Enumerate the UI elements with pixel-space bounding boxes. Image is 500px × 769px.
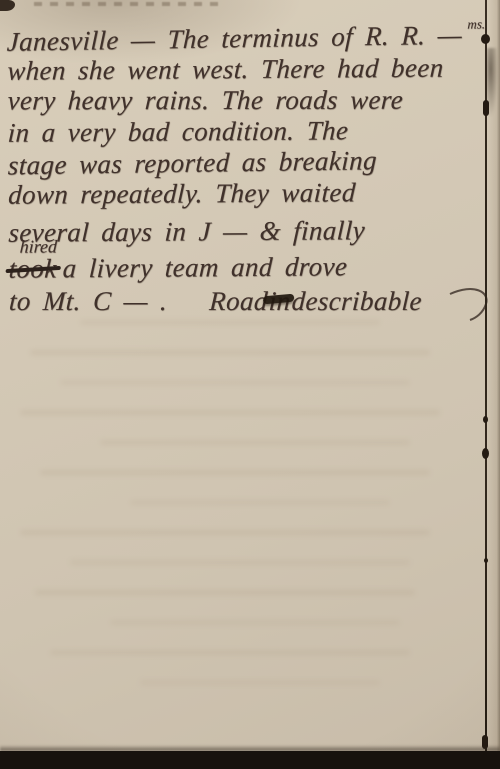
line-text: Road: [209, 286, 269, 316]
handwritten-line: to Mt. C — .Roadindescribable: [8, 286, 493, 317]
line-text: Janesville — The terminus of R. R. —: [6, 20, 462, 57]
line-text: stage was reported as breaking: [7, 145, 377, 180]
line-text: a livery team and drove: [62, 251, 348, 283]
top-edge-marks: [34, 2, 219, 6]
struck-out-word: took: [8, 253, 58, 284]
handwritten-line: several days in J — & finally: [8, 214, 493, 248]
line-text: down repeatedly. They waited: [8, 177, 357, 209]
blotted-out-word: in: [268, 286, 291, 317]
top-left-scan-blot: [0, 0, 15, 11]
manuscript-page: Janesville — The terminus of R. R. —ms. …: [0, 0, 500, 769]
line-text: describable: [291, 286, 423, 316]
handwritten-line: Janesville — The terminus of R. R. —ms.: [6, 8, 492, 58]
edge-ink-blob: [483, 100, 489, 116]
handwritten-line: when she went west. There had been: [7, 52, 492, 86]
handwritten-line: very heavy rains. The roads were: [7, 85, 492, 117]
line-text: to Mt. C — .: [8, 286, 168, 316]
handwritten-line: down repeatedly. They waited: [8, 176, 493, 210]
scan-bottom-edge: [0, 751, 500, 769]
reverse-side-bleed-through: [20, 320, 465, 710]
line-text: in a very bad condition. The: [7, 115, 349, 147]
line-text: very heavy rains. The roads were: [7, 85, 404, 116]
edge-ink-blob: [484, 558, 488, 563]
line-text: when she went west. There had been: [7, 53, 445, 86]
edge-ink-blob: [482, 448, 489, 459]
handwritten-line: stage was reported as breaking: [7, 144, 492, 182]
handwritten-line: hiredtooka livery team and drove: [8, 250, 493, 284]
handwritten-line: in a very bad condition. The: [7, 114, 492, 148]
edge-ink-blob: [481, 34, 490, 44]
line-superscript: ms.: [467, 16, 485, 31]
line-text: several days in J — & finally: [8, 215, 366, 247]
handwriting-block: Janesville — The terminus of R. R. —ms. …: [7, 10, 493, 318]
edge-ink-blob: [483, 416, 488, 423]
